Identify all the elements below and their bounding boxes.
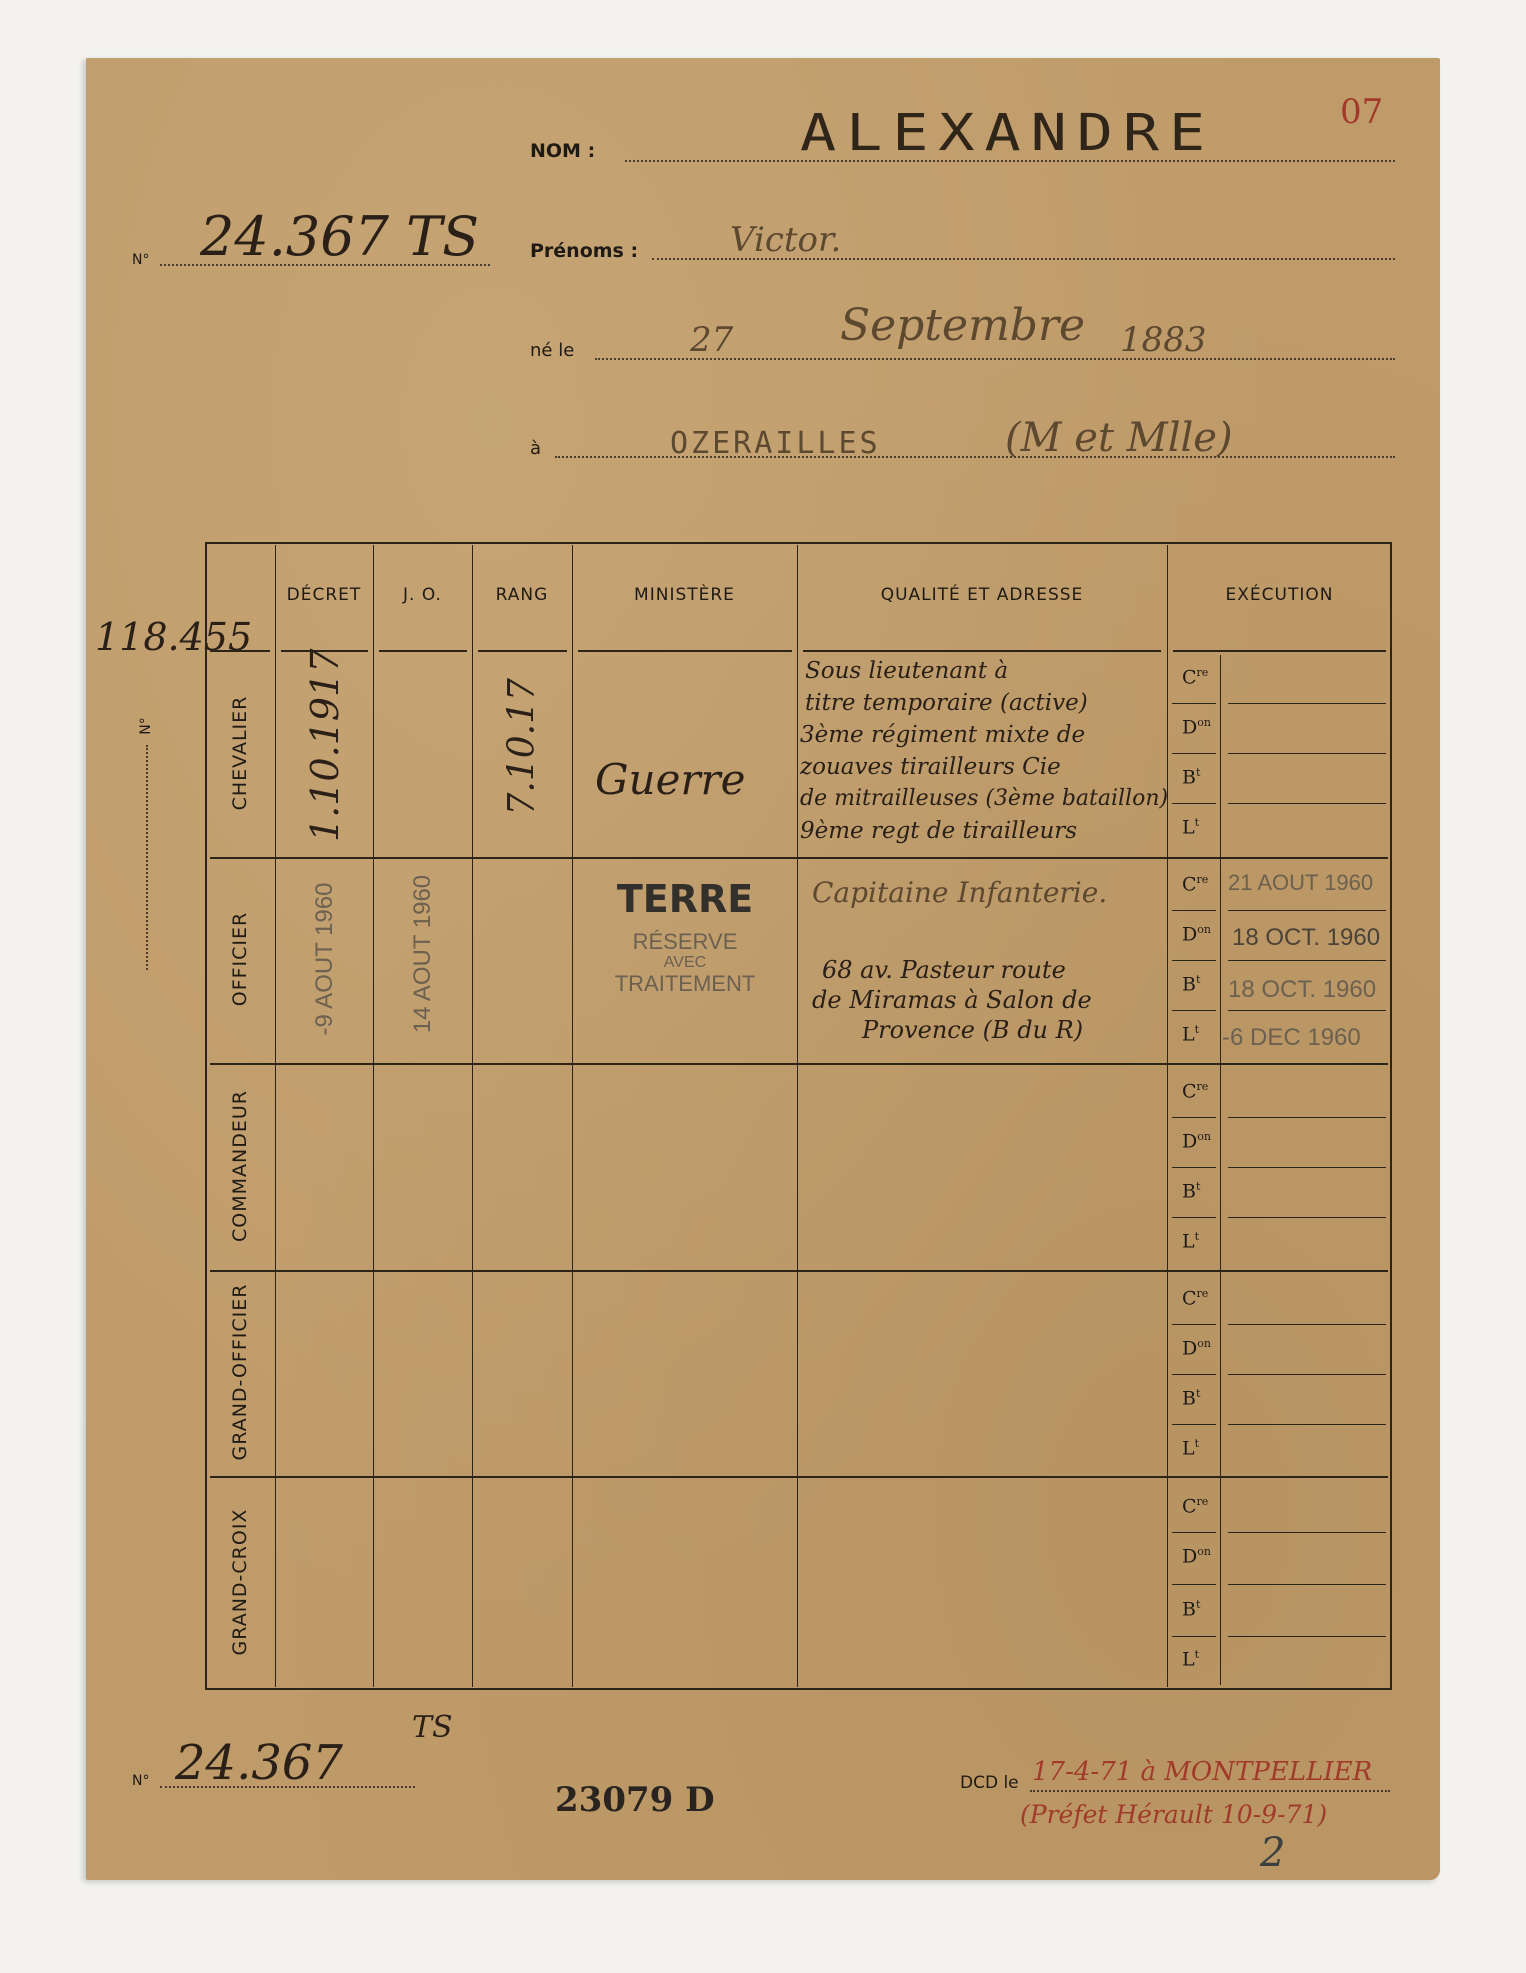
- col-header-qualite: QUALITÉ ET ADRESSE: [797, 585, 1167, 605]
- chevalier-ministere: Guerre: [595, 755, 745, 804]
- row-divider: [210, 857, 1388, 859]
- row-divider: [210, 1476, 1388, 1478]
- subrow-line: [1228, 1424, 1386, 1425]
- officier-execution-bt: 18 OCT. 1960: [1228, 976, 1376, 1004]
- subrow-line: [1172, 1324, 1216, 1325]
- subrow-line: [1172, 1532, 1216, 1533]
- subrow-line: [1172, 703, 1216, 704]
- row-divider: [210, 650, 270, 652]
- officier-ministere-stamp: TERRE RÉSERVE AVEC TRAITEMENT: [575, 878, 795, 996]
- subrow-line: [1228, 803, 1386, 804]
- officier-qualite: Capitaine Infanterie. 68 av. Pasteur rou…: [812, 875, 1182, 1045]
- subrow-line: [1228, 960, 1386, 961]
- col-divider: [797, 545, 798, 1687]
- rank-chevalier: CHEVALIER: [229, 653, 251, 853]
- birth-day: 27: [690, 320, 733, 360]
- numero-label: N°: [132, 252, 149, 268]
- subrow-line: [1172, 1217, 1216, 1218]
- nom-annotation: 07: [1340, 92, 1383, 132]
- margin-dotted-line: [146, 745, 148, 970]
- subrow-line: [1228, 753, 1386, 754]
- col-header-ministere: MINISTÈRE: [572, 585, 797, 605]
- col-header-decret: DÉCRET: [275, 585, 373, 605]
- chevalier-qualite: Sous lieutenant à titre temporaire (acti…: [800, 655, 1170, 847]
- subrow-line: [1172, 1117, 1216, 1118]
- rank-grand-officier: GRAND-OFFICIER: [229, 1272, 251, 1472]
- col-header-jo: J. O.: [373, 585, 472, 605]
- row-divider: [1173, 650, 1386, 652]
- rank-commandeur: COMMANDEUR: [229, 1066, 251, 1266]
- honours-table: [205, 542, 1392, 1690]
- row-divider: [478, 650, 567, 652]
- subrow-line: [1228, 910, 1386, 911]
- subrow-line: [1228, 703, 1386, 704]
- footer-numero-value: 24.367: [175, 1735, 343, 1791]
- officier-execution-cre: 21 AOUT 1960: [1228, 870, 1373, 896]
- prenoms-value: Victor.: [730, 220, 841, 260]
- dcd-value: 17-4-71 à MONTPELLIER: [1032, 1757, 1372, 1787]
- ne-le-label: né le: [530, 340, 574, 361]
- subrow-line: [1228, 1374, 1386, 1375]
- col-header-rang: RANG: [472, 585, 572, 605]
- subrow-line: [1228, 1324, 1386, 1325]
- nom-value: ALEXANDRE: [800, 103, 1215, 163]
- execution-subdivider: [1220, 655, 1221, 1685]
- nom-label: NOM :: [530, 140, 595, 162]
- numero-value: 24.367 TS: [200, 205, 479, 268]
- row-divider: [803, 650, 1161, 652]
- subrow-line: [1228, 1010, 1386, 1011]
- dcd-label: DCD le: [960, 1773, 1019, 1793]
- prenoms-label: Prénoms :: [530, 240, 638, 262]
- chevalier-decret: 1.10.1917: [303, 672, 347, 842]
- subrow-line: [1172, 803, 1216, 804]
- col-divider: [472, 545, 473, 1687]
- col-divider: [572, 545, 573, 1687]
- dossier-number: 23079 D: [555, 1780, 715, 1820]
- col-divider: [373, 545, 374, 1687]
- row-divider: [379, 650, 467, 652]
- birth-department: (M et Mlle): [1005, 415, 1233, 461]
- officier-jo-stamp: 14 AOUT 1960: [409, 874, 437, 1034]
- col-header-execution: EXÉCUTION: [1167, 585, 1392, 605]
- dcd-note: (Préfet Hérault 10-9-71): [1020, 1800, 1327, 1829]
- birth-month: Septembre: [840, 300, 1085, 351]
- chevalier-rang: 7.10.17: [502, 696, 543, 816]
- officier-decret-stamp: -9 AOUT 1960: [311, 879, 339, 1039]
- footer-numero-suffix: TS: [412, 1710, 453, 1745]
- subrow-line: [1172, 1636, 1216, 1637]
- footer-numero-label: N°: [132, 1773, 149, 1789]
- birth-place: OZERAILLES: [670, 426, 881, 461]
- row-divider: [210, 1063, 1388, 1065]
- row-divider: [210, 1270, 1388, 1272]
- subrow-line: [1172, 1584, 1216, 1585]
- subrow-line: [1228, 1117, 1386, 1118]
- subrow-line: [1172, 1424, 1216, 1425]
- subrow-line: [1228, 1636, 1386, 1637]
- subrow-line: [1172, 753, 1216, 754]
- birth-year: 1883: [1120, 320, 1207, 360]
- subrow-line: [1228, 1584, 1386, 1585]
- page-mark: 2: [1260, 1830, 1285, 1876]
- subrow-line: [1172, 1167, 1216, 1168]
- subrow-line: [1172, 1374, 1216, 1375]
- subrow-line: [1228, 1167, 1386, 1168]
- dcd-dotted-line: [1030, 1790, 1390, 1792]
- margin-n-label: N°: [138, 716, 154, 736]
- subrow-line: [1228, 1217, 1386, 1218]
- rank-officier: OFFICIER: [229, 859, 251, 1059]
- rank-grand-croix: GRAND-CROIX: [229, 1482, 251, 1682]
- row-divider: [578, 650, 792, 652]
- officier-execution-lt: -6 DEC 1960: [1222, 1024, 1361, 1052]
- a-label: à: [530, 438, 541, 459]
- subrow-line: [1228, 1532, 1386, 1533]
- officier-execution-don: 18 OCT. 1960: [1232, 924, 1380, 952]
- col-divider: [275, 545, 276, 1687]
